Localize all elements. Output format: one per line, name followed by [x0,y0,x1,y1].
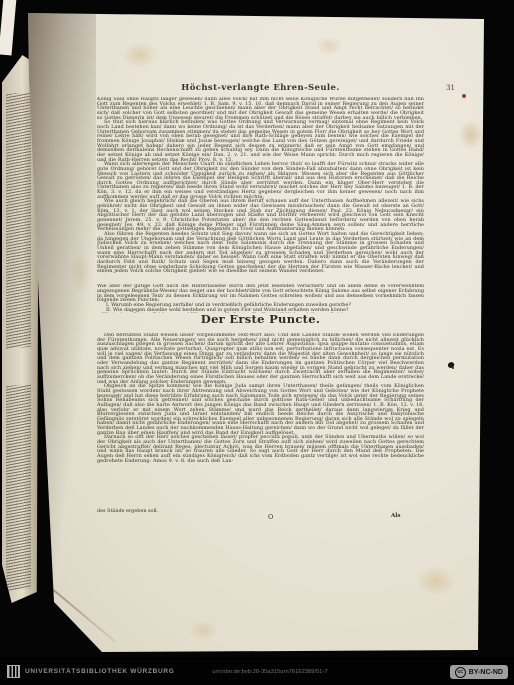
paragraph: Den betrübten Stand weisen unser vorgeno… [97,333,424,384]
body-text-top: König Saul ohne Haupts länger gewesen/ d… [97,97,424,283]
scanned-page: Höchst-verlangte Ehren-Seule. 31 König S… [0,0,514,685]
red-ink-speck [462,94,466,98]
catchword: Als [391,513,400,519]
proposition-intro: Wie aber der gütige Gott auch die Hinter… [97,284,424,303]
page-edge-strip [0,0,17,55]
body-text-bottom: Den betrübten Stand weisen unser vorgeno… [97,333,424,509]
page-number: 31 [446,84,455,92]
section-heading: Der Erste Puncte. [97,312,424,326]
proposition-section: Wie aber der gütige Gott auch die Hinter… [97,284,424,313]
scanned-book-viewer: Höchst-verlangte Ehren-Seule. 31 König S… [0,0,514,685]
library-logo-icon [7,665,20,678]
paragraph: So thut sich hieraus klärlich befinden/ … [97,120,424,162]
urn-identifier: urn:nbn:de:bvb:20-35a315urn76162389/51-7 [165,669,375,675]
paragraph: König Saul ohne Haupts länger gewesen/ d… [97,97,424,120]
paragraph: Wie auch gleich begehrlich/ daß die Ober… [97,199,424,232]
cc-license-badge: cc BY-NC-ND [450,665,508,679]
last-line: des Stände ergeben soll. [97,508,158,514]
foxing-stain [188,620,218,640]
foxing-stain [316,36,342,56]
facing-page-text-patch [6,383,31,591]
paragraph: Also führen die Regenten beedes Schutz u… [97,232,424,274]
foxing-stain [416,566,456,596]
signature-mark: O [268,513,273,521]
ink-blot [452,367,454,369]
foxing-stain [458,120,484,150]
paragraph: Wann sich allerwegen der Menschen Unart … [97,162,424,199]
facing-page-text-patch [6,91,31,349]
license-label: BY-NC-ND [469,669,503,676]
foxing-stain [70,250,90,294]
foxing-stain [122,42,158,68]
running-head: Höchst-verlangte Ehren-Seule. [97,83,424,93]
cc-icon: cc [455,667,466,678]
paragraph: Darnach so offt der Herr solches gescheh… [97,435,424,463]
viewer-footer-bar: UNIVERSITÄTSBIBLIOTHEK WÜRZBURG urn:nbn:… [0,657,514,685]
paragraph: Obgleich an die Spitze kommen/ wie die K… [97,384,424,435]
library-name: UNIVERSITÄTSBIBLIOTHEK WÜRZBURG [25,668,175,675]
